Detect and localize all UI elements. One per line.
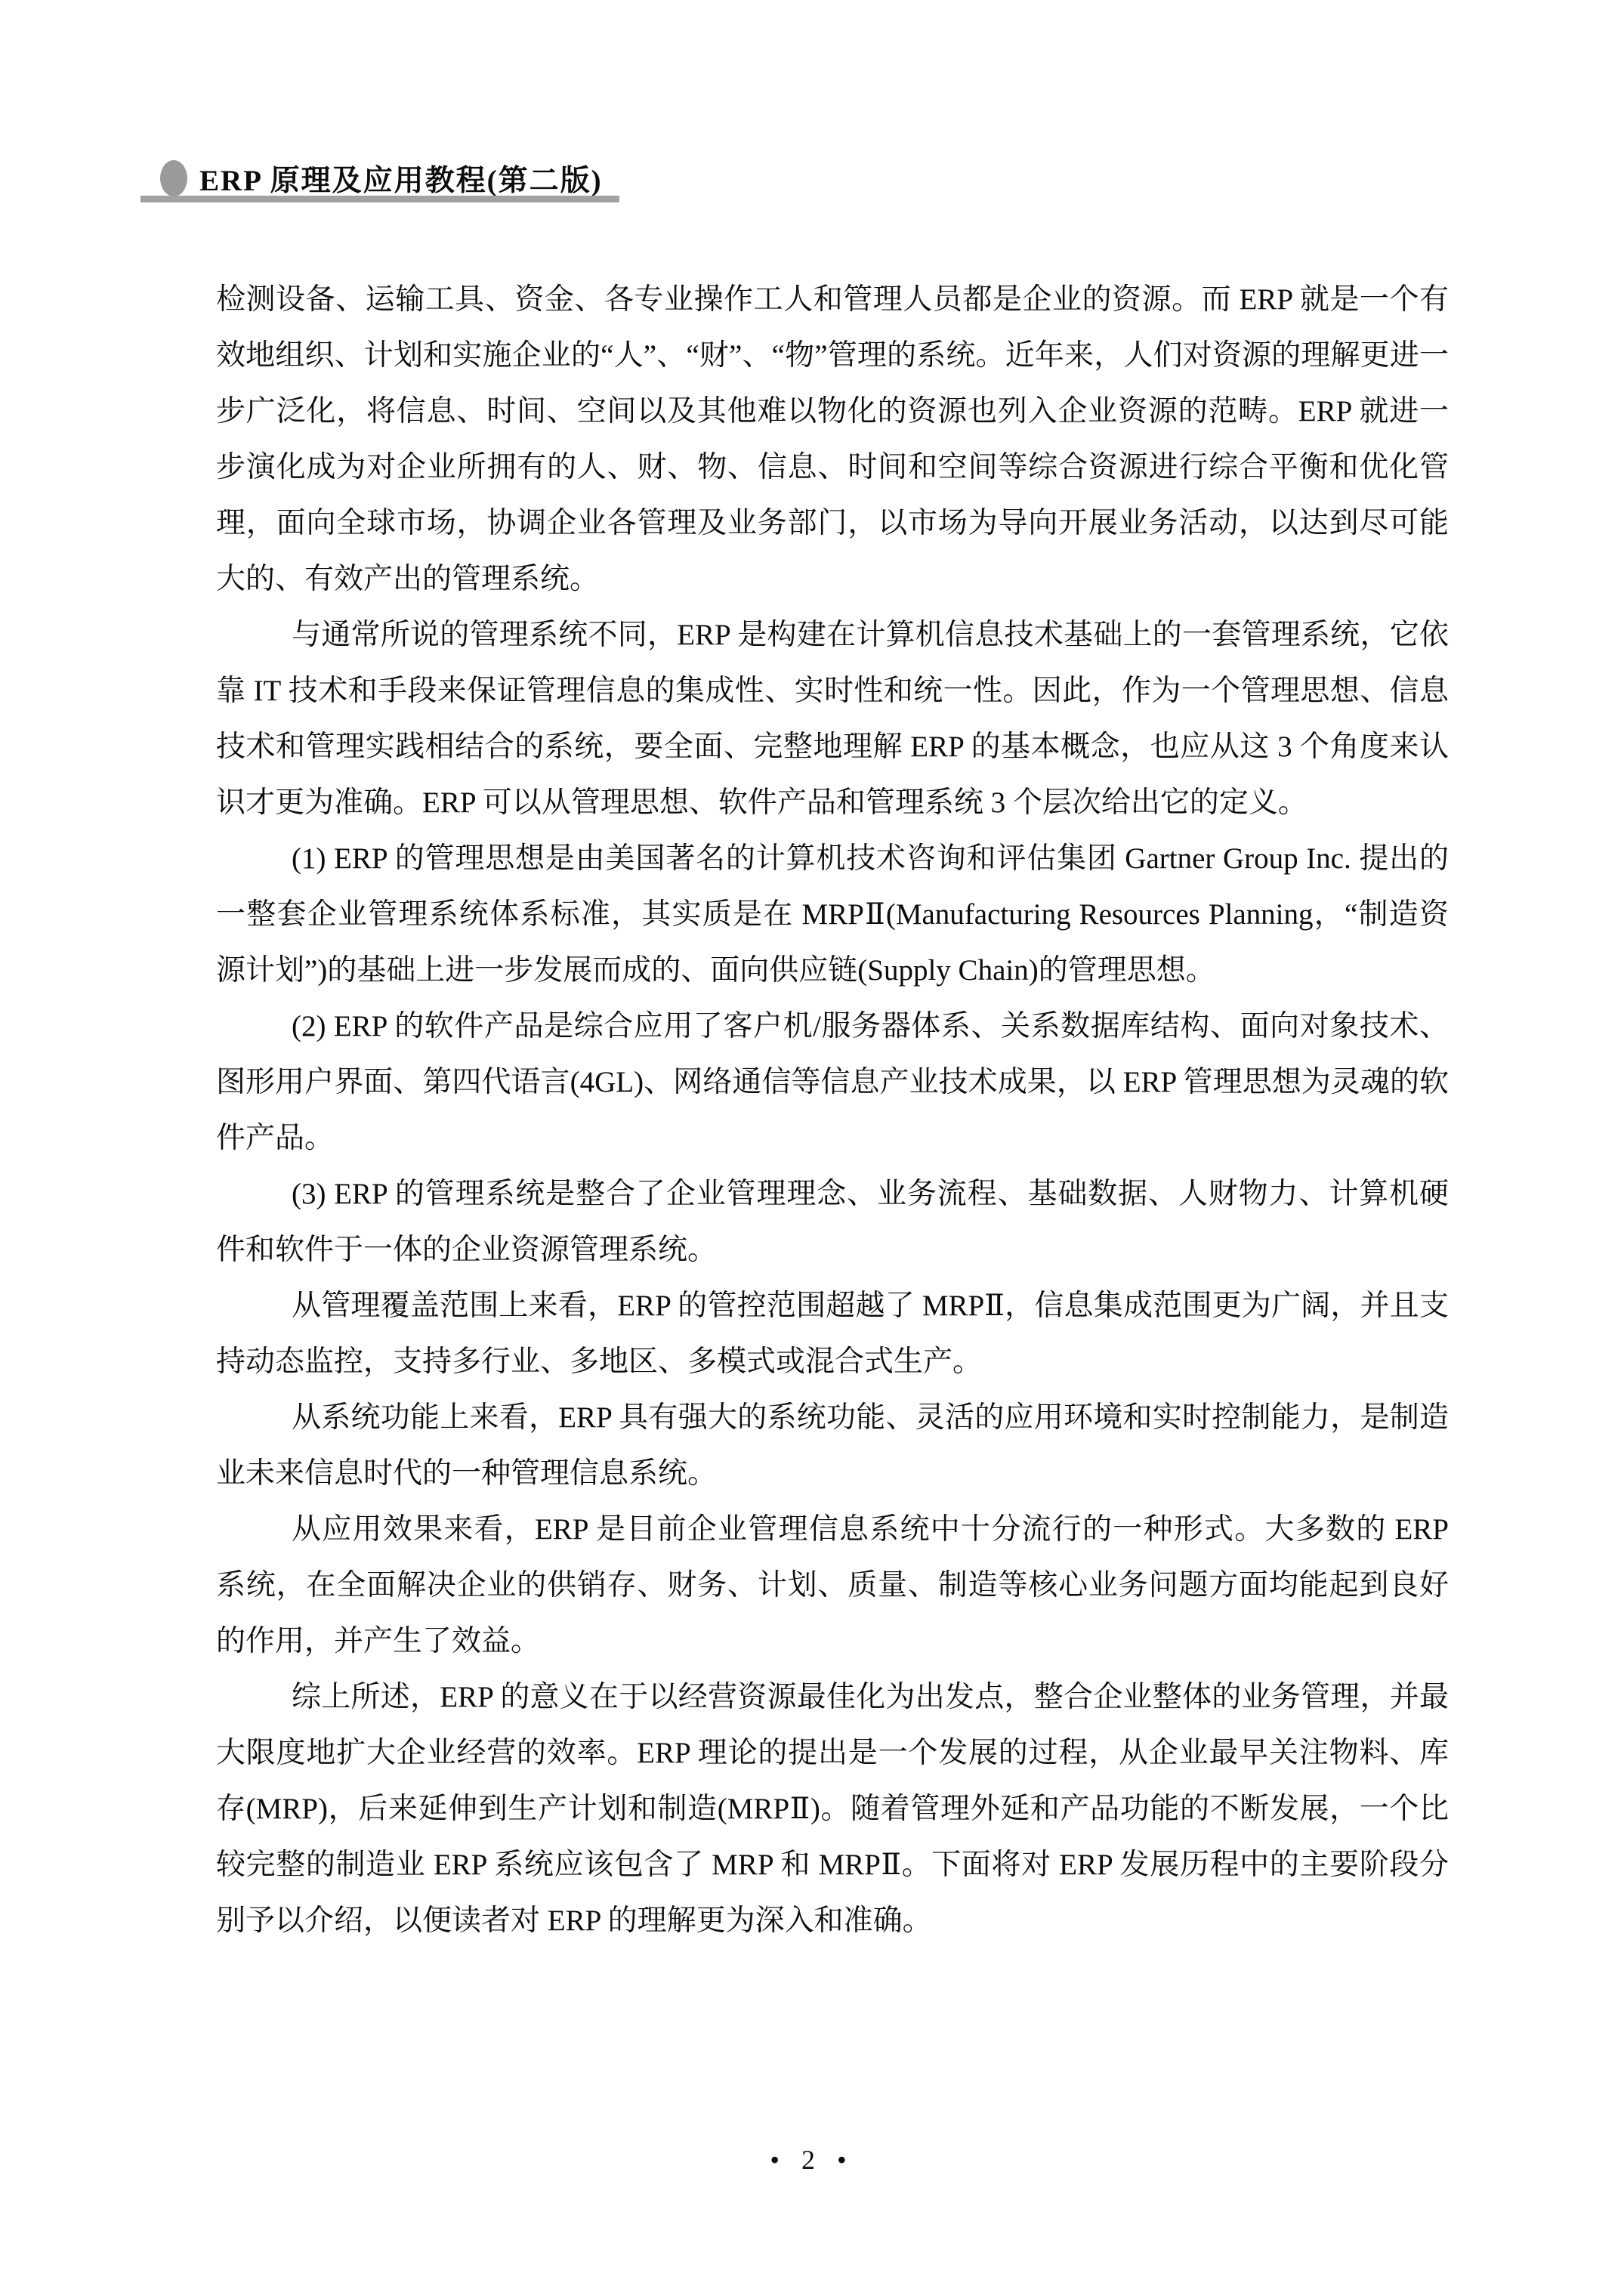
running-head-title: ERP 原理及应用教程(第二版) (199, 157, 603, 199)
body-paragraph: 从系统功能上来看，ERP 具有强大的系统功能、灵活的应用环境和实时控制能力，是制… (216, 1390, 1449, 1502)
body-paragraph: 综上所述，ERP 的意义在于以经营资源最佳化为出发点，整合企业整体的业务管理，并… (216, 1670, 1449, 1949)
body-paragraph: 与通常所说的管理系统不同，ERP 是构建在计算机信息技术基础上的一套管理系统，它… (216, 607, 1449, 831)
body-paragraph: 从管理覆盖范围上来看，ERP 的管控范围超越了 MRPⅡ，信息集成范围更为广阔，… (216, 1278, 1449, 1390)
page-header: ERP 原理及应用教程(第二版) (160, 157, 603, 199)
body-text: 检测设备、运输工具、资金、各专业操作工人和管理人员都是企业的资源。而 ERP 就… (216, 272, 1449, 1949)
body-paragraph: 检测设备、运输工具、资金、各专业操作工人和管理人员都是企业的资源。而 ERP 就… (216, 272, 1449, 607)
body-paragraph: (3) ERP 的管理系统是整合了企业管理理念、业务流程、基础数据、人财物力、计… (216, 1166, 1449, 1278)
header-underline-bar (140, 196, 619, 202)
body-paragraph: (2) ERP 的软件产品是综合应用了客户机/服务器体系、关系数据库结构、面向对… (216, 999, 1449, 1166)
book-page: ERP 原理及应用教程(第二版) 检测设备、运输工具、资金、各专业操作工人和管理… (0, 0, 1624, 2295)
body-paragraph: 从应用效果来看，ERP 是目前企业管理信息系统中十分流行的一种形式。大多数的 E… (216, 1502, 1449, 1670)
section-bullet-icon (160, 160, 187, 196)
body-paragraph: (1) ERP 的管理思想是由美国著名的计算机技术咨询和评估集团 Gartner… (216, 831, 1449, 999)
page-number: • 2 • (0, 2144, 1624, 2176)
